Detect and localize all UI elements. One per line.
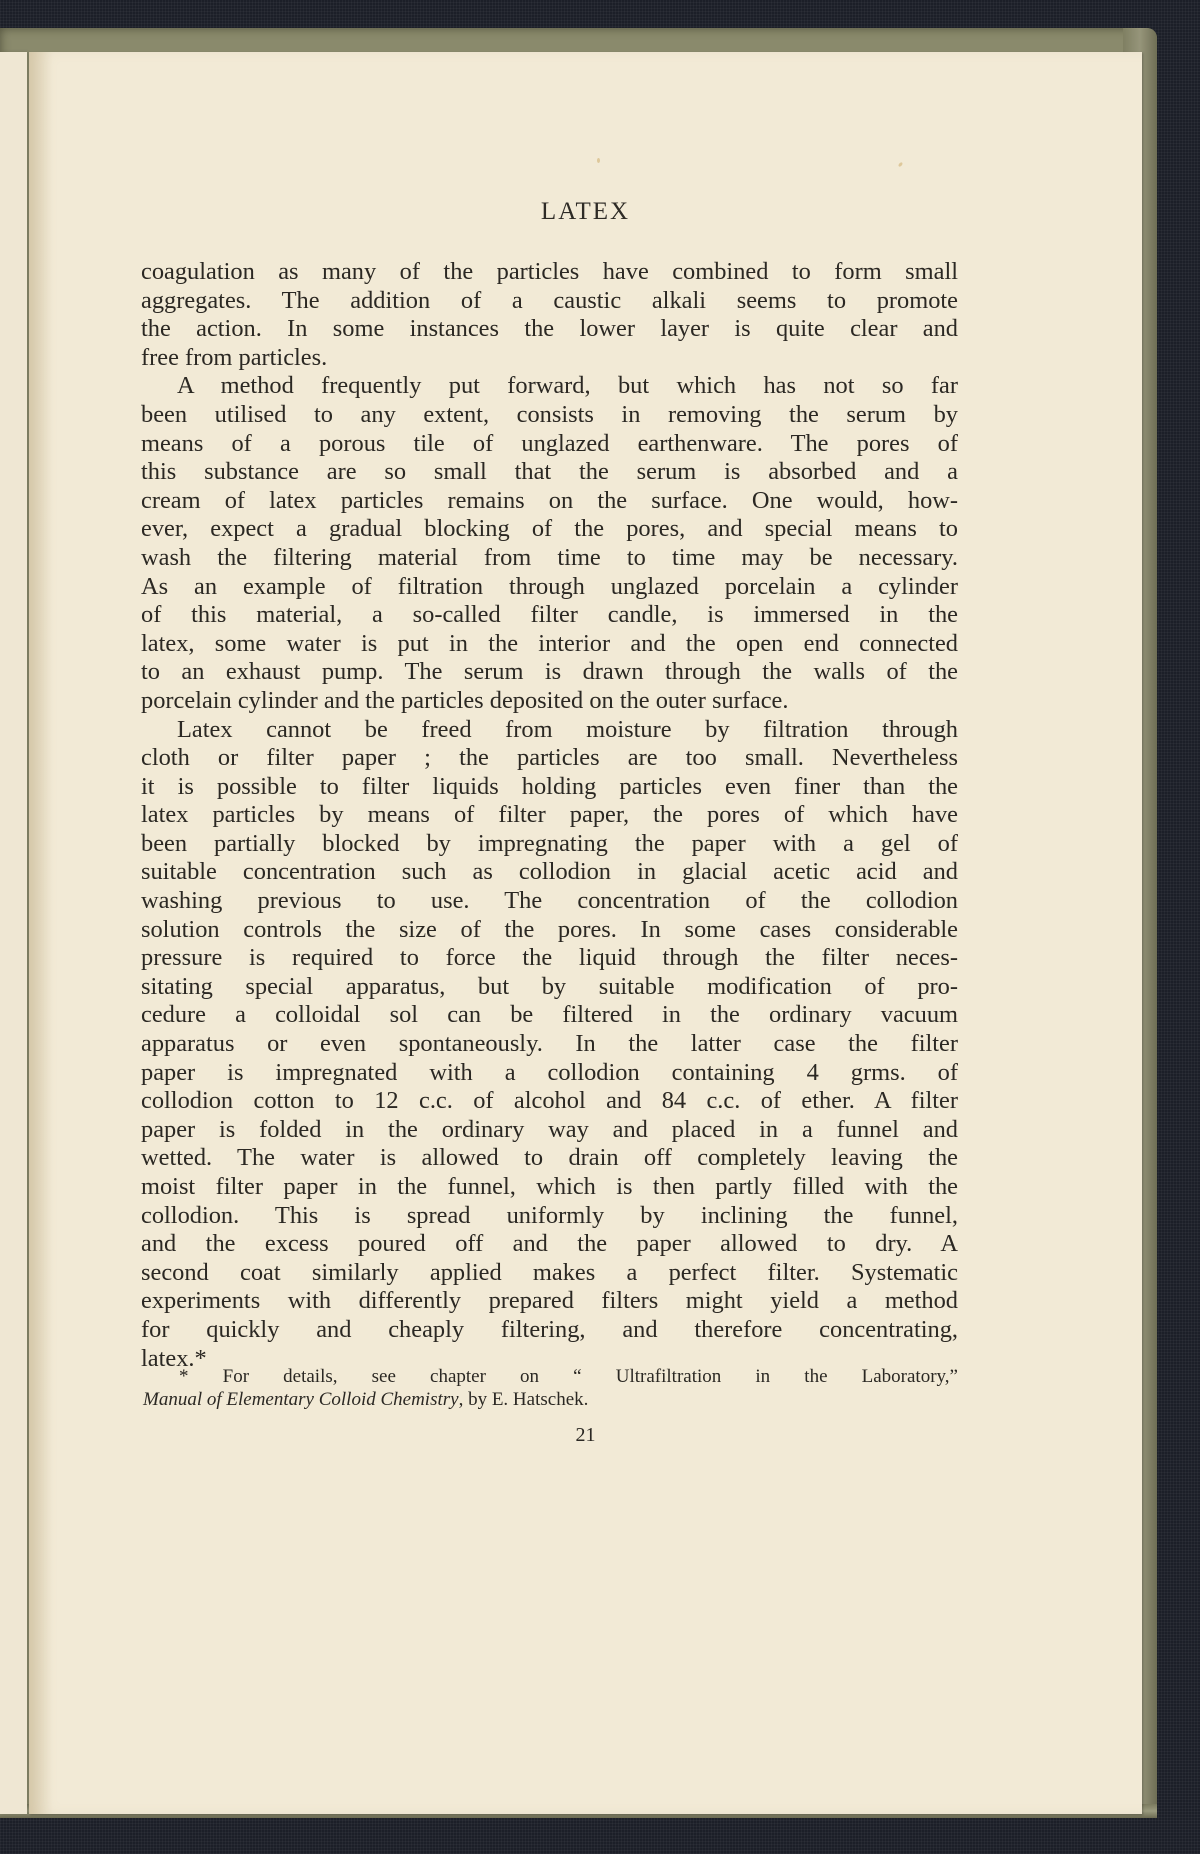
text-line: this substance are so small that the ser… <box>141 458 958 487</box>
page-gutter <box>29 52 53 1814</box>
text-line: washing previous to use. The concentrati… <box>141 887 958 916</box>
text-line: and the excess poured off and the paper … <box>141 1230 958 1259</box>
footnote-line: Manual of Elementary Colloid Chemistry, … <box>143 1388 958 1411</box>
text-line: latex, some water is put in the interior… <box>141 630 958 659</box>
text-line: to an exhaust pump. The serum is drawn t… <box>141 658 958 687</box>
text-line: moist filter paper in the funnel, which … <box>141 1173 958 1202</box>
page-number: 21 <box>29 1424 1142 1447</box>
text-line: As an example of filtration through ungl… <box>141 573 958 602</box>
footnote-author: , by E. Hatschek. <box>459 1389 589 1410</box>
text-line: pressure is required to force the liquid… <box>141 944 958 973</box>
text-line: collodion cotton to 12 c.c. of alcohol a… <box>141 1087 958 1116</box>
text-line: experiments with differently prepared fi… <box>141 1287 958 1316</box>
text-line: Latex cannot be freed from moisture by f… <box>141 716 958 745</box>
text-line: cream of latex particles remains on the … <box>141 487 958 516</box>
text-line: been utilised to any extent, consists in… <box>141 401 958 430</box>
text-line: for quickly and cheaply filtering, and t… <box>141 1316 958 1345</box>
text-line: wash the filtering material from time to… <box>141 544 958 573</box>
text-line: free from particles. <box>141 344 958 373</box>
text-line: second coat similarly applied makes a pe… <box>141 1259 958 1288</box>
text-line: porcelain cylinder and the particles dep… <box>141 687 958 716</box>
text-line: coagulation as many of the particles hav… <box>141 258 958 287</box>
text-line: cedure a colloidal sol can be filtered i… <box>141 1001 958 1030</box>
text-line: been partially blocked by impregnating t… <box>141 830 958 859</box>
text-line: means of a porous tile of unglazed earth… <box>141 430 958 459</box>
footnote: * For details, see chapter on “ Ultrafil… <box>143 1365 958 1411</box>
text-line: it is possible to filter liquids holding… <box>141 773 958 802</box>
text-line: collodion. This is spread uniformly by i… <box>141 1202 958 1231</box>
text-line: apparatus or even spontaneously. In the … <box>141 1030 958 1059</box>
paper-speck <box>898 162 904 168</box>
text-line: aggregates. The addition of a caustic al… <box>141 287 958 316</box>
text-line: wetted. The water is allowed to drain of… <box>141 1144 958 1173</box>
text-line: latex particles by means of filter paper… <box>141 801 958 830</box>
running-head: LATEX <box>29 198 1142 226</box>
text-line: A method frequently put forward, but whi… <box>141 372 958 401</box>
body-text: coagulation as many of the particles hav… <box>141 258 958 1373</box>
text-line: paper is impregnated with a collodion co… <box>141 1059 958 1088</box>
text-line: of this material, a so-called filter can… <box>141 601 958 630</box>
text-line: ever, expect a gradual blocking of the p… <box>141 515 958 544</box>
text-line: suitable concentration such as collodion… <box>141 858 958 887</box>
footnote-book-title: Manual of Elementary Colloid Chemistry <box>143 1389 459 1410</box>
book-page: LATEX coagulation as many of the particl… <box>29 52 1142 1814</box>
facing-page-edge <box>0 52 27 1814</box>
text-line: paper is folded in the ordinary way and … <box>141 1116 958 1145</box>
paper-speck <box>597 158 600 163</box>
text-line: the action. In some instances the lower … <box>141 315 958 344</box>
text-line: sitating special apparatus, but by suita… <box>141 973 958 1002</box>
footnote-line: * For details, see chapter on “ Ultrafil… <box>143 1365 958 1388</box>
text-line: solution controls the size of the pores.… <box>141 916 958 945</box>
text-line: cloth or filter paper ; the particles ar… <box>141 744 958 773</box>
